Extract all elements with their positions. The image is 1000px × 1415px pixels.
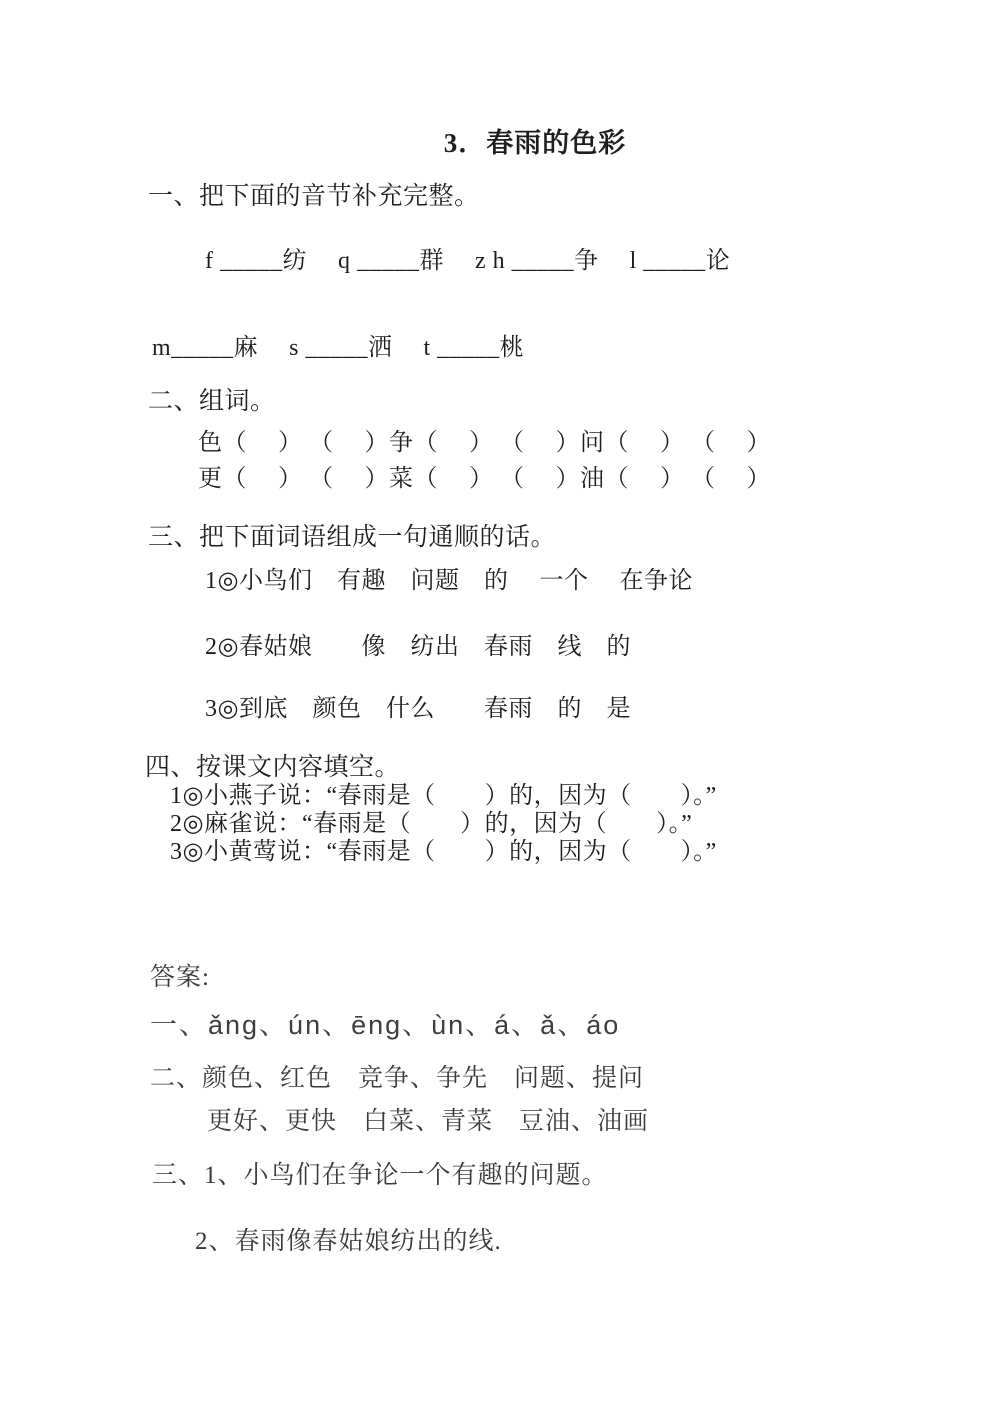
section4-item2: 2◎麻雀说：“春雨是（ ）的，因为（ ）。” [170, 809, 692, 839]
section1-pinyin-blanks-row1: f _____纺 q _____群 z h _____争 l _____论 [205, 246, 730, 276]
section1-pinyin-blanks-row2: m_____麻 s _____洒 t _____桃 [152, 333, 524, 363]
worksheet-title: 3．春雨的色彩 [0, 127, 1000, 161]
answer-section1-pinyin: 一、ǎng、ún、ēng、ùn、á、ǎ、áo [150, 1009, 620, 1043]
section4-item1: 1◎小燕子说：“春雨是（ ）的，因为（ ）。” [170, 781, 717, 811]
section4-heading: 四、按课文内容填空。 [145, 752, 400, 783]
section3-item1: 1◎小鸟们 有趣 问题 的 一个 在争论 [205, 566, 693, 596]
section3-item2: 2◎春姑娘 像 纺出 春雨 线 的 [205, 632, 631, 662]
answer-section2-row1: 二、颜色、红色 竞争、争先 问题、提问 [150, 1063, 644, 1094]
section2-word-building-row1: 色（ ） （ ）争（ ） （ ）问（ ） （ ） [198, 428, 771, 458]
section2-word-building-row2: 更（ ） （ ）菜（ ） （ ）油（ ） （ ） [198, 464, 771, 494]
answer-section3-line2: 2、春雨像春姑娘纺出的线. [195, 1226, 502, 1257]
section1-heading: 一、把下面的音节补充完整。 [148, 181, 480, 212]
section3-heading: 三、把下面词语组成一句通顺的话。 [148, 522, 556, 553]
section2-heading: 二、组词。 [148, 386, 276, 417]
answer-section2-row2: 更好、更快 白菜、青菜 豆油、油画 [207, 1106, 649, 1137]
answers-label: 答案: [150, 962, 210, 993]
worksheet-page: 3．春雨的色彩 一、把下面的音节补充完整。 f _____纺 q _____群 … [0, 0, 1000, 1415]
section4-item3: 3◎小黄莺说：“春雨是（ ）的，因为（ ）。” [170, 837, 717, 867]
section3-item3: 3◎到底 颜色 什么 春雨 的 是 [205, 694, 631, 724]
answer-section3-line1: 三、1、小鸟们在争论一个有趣的问题。 [152, 1160, 608, 1191]
